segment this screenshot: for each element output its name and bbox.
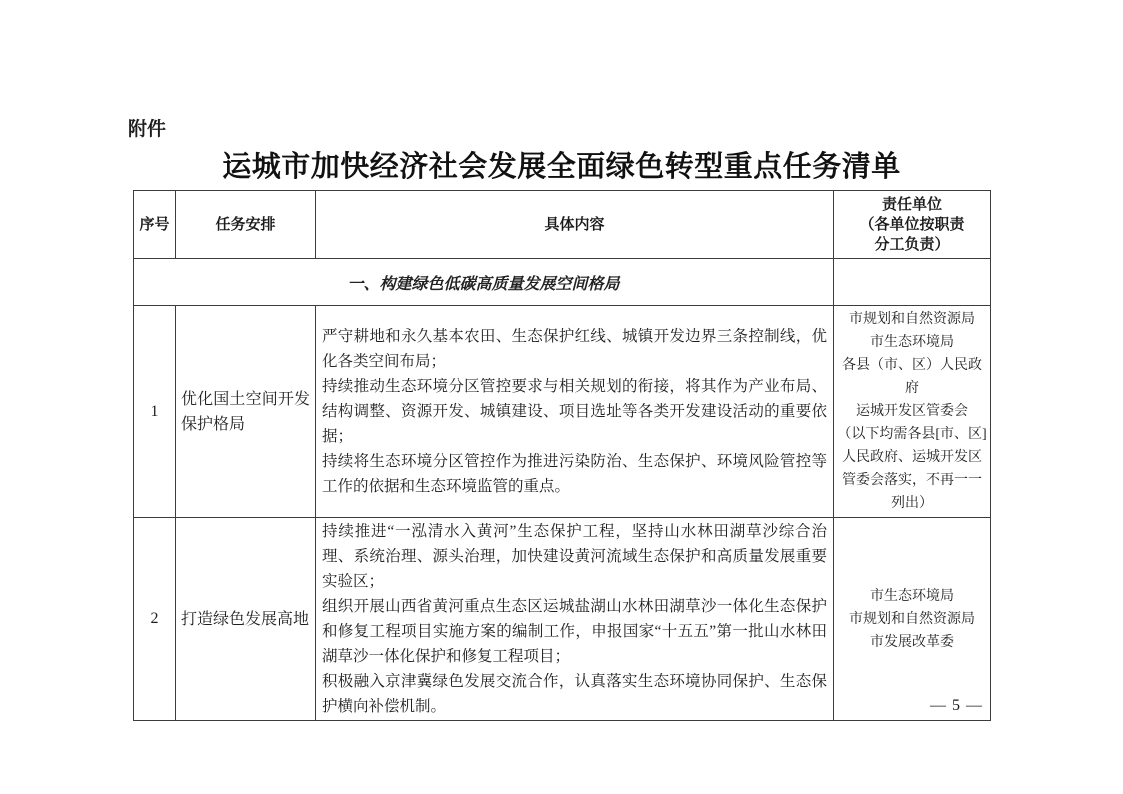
row-content: 严守耕地和永久基本农田、生态保护红线、城镇开发边界三条控制线，优化各类空间布局；… [316,306,834,518]
page-number: — 5 — [930,697,983,715]
row-units: 市生态环境局 市规划和自然资源局 市发展改革委 [834,518,991,721]
col-header-unit-line: 责任单位 [836,195,988,215]
col-header-unit: 责任单位 （各单位按职责 分工负责） [834,191,991,259]
content-paragraph: 持续推进“一泓清水入黄河”生态保护工程，坚持山水林田湖草沙综合治理、系统治理、源… [322,519,827,594]
task-table: 序号 任务安排 具体内容 责任单位 （各单位按职责 分工负责） 一、构建绿色低碳… [133,190,991,721]
unit-line: 运城开发区管委会 [837,400,987,423]
table-header-row: 序号 任务安排 具体内容 责任单位 （各单位按职责 分工负责） [134,191,991,259]
unit-line: 市生态环境局 [837,331,987,354]
document-title: 运城市加快经济社会发展全面绿色转型重点任务清单 [0,144,1123,185]
row-units: 市规划和自然资源局 市生态环境局 各县（市、区）人民政府 运城开发区管委会 （以… [834,306,991,518]
content-paragraph: 持续推动生态环境分区管控要求与相关规划的衔接，将其作为产业布局、结构调整、资源开… [322,374,827,449]
col-header-task: 任务安排 [176,191,316,259]
unit-line: 市规划和自然资源局 [837,608,987,631]
col-header-no: 序号 [134,191,176,259]
unit-line: 市发展改革委 [837,631,987,654]
col-header-content: 具体内容 [316,191,834,259]
section-row: 一、构建绿色低碳高质量发展空间格局 [134,259,991,306]
table-row: 1 优化国土空间开发保护格局 严守耕地和永久基本农田、生态保护红线、城镇开发边界… [134,306,991,518]
unit-line: 各县（市、区）人民政府 [837,354,987,400]
row-number: 2 [134,518,176,721]
col-header-unit-line: （各单位按职责 [836,215,988,235]
row-task: 打造绿色发展高地 [176,518,316,721]
row-task: 优化国土空间开发保护格局 [176,306,316,518]
row-content: 持续推进“一泓清水入黄河”生态保护工程，坚持山水林田湖草沙综合治理、系统治理、源… [316,518,834,721]
unit-line: 市生态环境局 [837,585,987,608]
content-paragraph: 积极融入京津冀绿色发展交流合作，认真落实生态环境协同保护、生态保护横向补偿机制。 [322,669,827,719]
unit-line: 市规划和自然资源局 [837,308,987,331]
row-number: 1 [134,306,176,518]
content-paragraph: 严守耕地和永久基本农田、生态保护红线、城镇开发边界三条控制线，优化各类空间布局； [322,324,827,374]
col-header-unit-line: 分工负责） [836,235,988,255]
table-row: 2 打造绿色发展高地 持续推进“一泓清水入黄河”生态保护工程，坚持山水林田湖草沙… [134,518,991,721]
content-paragraph: 持续将生态环境分区管控作为推进污染防治、生态保护、环境风险管控等工作的依据和生态… [322,449,827,499]
content-paragraph: 组织开展山西省黄河重点生态区运城盐湖山水林田湖草沙一体化生态保护和修复工程项目实… [322,594,827,669]
document-page: 附件 运城市加快经济社会发展全面绿色转型重点任务清单 序号 任务安排 具体内容 … [0,0,1123,794]
attachment-label: 附件 [128,114,166,141]
unit-line: （以下均需各县[市、区]人民政府、运城开发区管委会落实，不再一一列出） [837,423,987,515]
section-title: 一、构建绿色低碳高质量发展空间格局 [134,259,834,306]
section-unit-empty-cell [834,259,991,306]
